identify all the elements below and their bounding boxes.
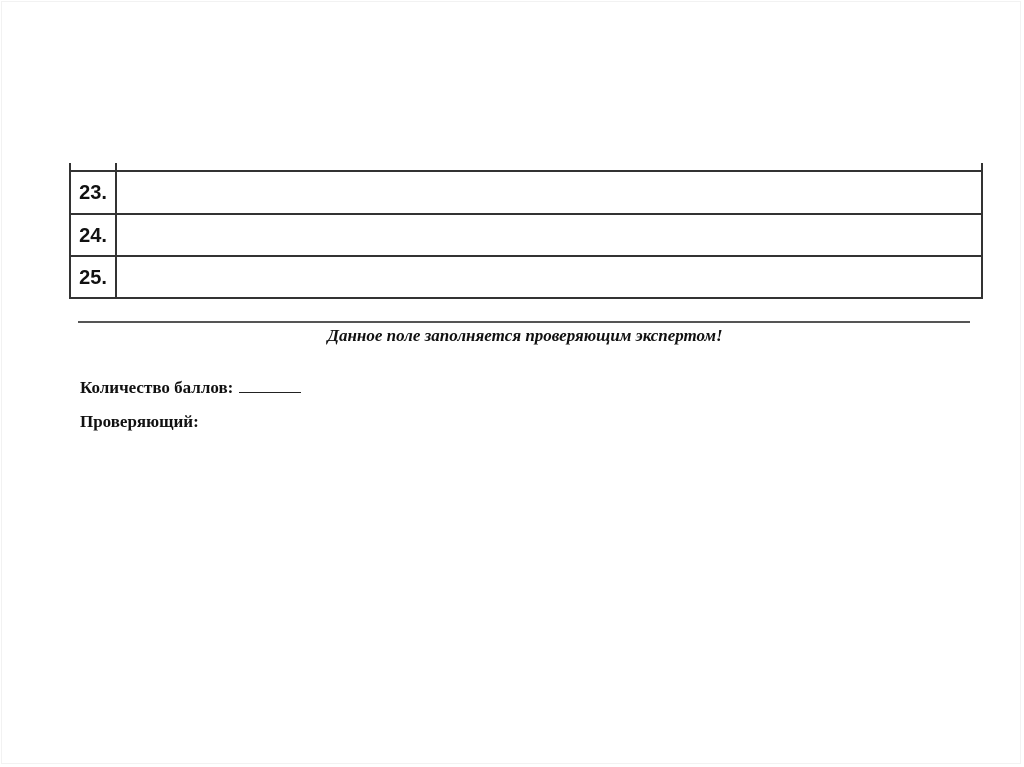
answer-cell[interactable] — [117, 215, 981, 256]
row-number: 24. — [71, 215, 117, 256]
score-field: Количество баллов: — [80, 378, 301, 398]
row-number: 25. — [71, 257, 117, 297]
answer-cell[interactable] — [117, 257, 981, 297]
score-blank[interactable] — [239, 378, 301, 393]
row-number: 23. — [71, 172, 117, 213]
answer-cell[interactable] — [117, 172, 981, 213]
score-label: Количество баллов: — [80, 378, 233, 397]
table-row: 24. — [69, 213, 983, 256]
table-row: 23. — [69, 170, 983, 213]
expert-note: Данное поле заполняется проверяющим эксп… — [0, 326, 1024, 346]
checker-field: Проверяющий: — [80, 412, 199, 432]
table-row: 25. — [69, 255, 983, 299]
section-divider — [78, 321, 970, 323]
checker-label: Проверяющий: — [80, 412, 199, 431]
